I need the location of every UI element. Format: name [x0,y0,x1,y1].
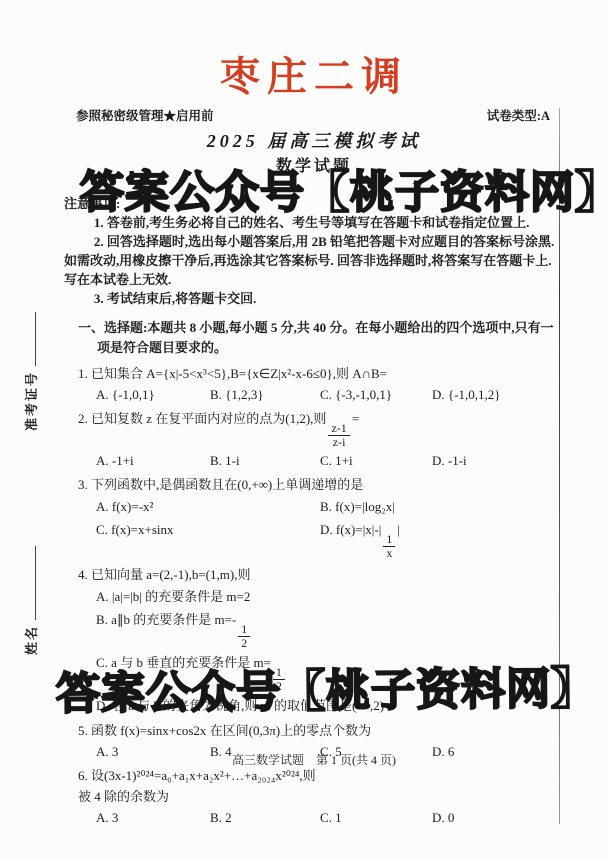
option-c: C. {-3,-1,0,1} [320,385,432,404]
header-row: 参照秘密级管理★启用前 试卷类型:A [76,108,550,124]
option-a: A. -1+i [96,451,210,470]
exam-session-title: 2025 届高三模拟考试 [64,130,564,152]
paper-type-label: 试卷类型:A [487,108,550,124]
question-3: 3. 下列函数中,是偶函数且在(0,+∞)上单调递增的是 A. f(x)=-x²… [78,475,564,560]
question-2-stem: 2. 已知复数 z 在复平面内对应的点为(1,2),则z-1z-i= [78,409,564,449]
section-one-heading: 一、选择题:本题共 8 小题,每小题 5 分,共 40 分。在每小题给出的四个选… [78,318,564,358]
page-footer: 高三数学试题 第 1 页(共 4 页) [64,753,564,768]
admission-number-label: 准考证号 [24,371,39,431]
exam-paper-page: 准考证号 姓名 答案公众号【桃子资料网】 答案公众号【桃子资料网】 枣庄二调 参… [0,0,607,860]
name-blank-line [24,546,36,620]
option-b: B. 1-i [210,451,320,470]
option-c: C. 1+i [320,451,432,470]
question-3-stem: 3. 下列函数中,是偶函数且在(0,+∞)上单调递增的是 [78,475,564,494]
question-1-stem: 1. 已知集合 A={x|-5<x³<5},B={x∈Z|x²-x-6≤0},则… [78,364,564,383]
question-4-stem: 4. 已知向量 a=(2,-1),b=(1,m),则 [78,565,564,584]
notice-item-3: 3. 考试结束后,将答题卡交回. [64,289,564,308]
question-6: 6. 设(3x-1)²⁰²⁴=a₀+a₁x+a₂x²+…+a₂₀₂₄x²⁰²⁴,… [78,766,564,827]
question-1-options: A. {-1,0,1} B. {1,2,3} C. {-3,-1,0,1} D.… [96,385,564,404]
question-2-stem-text: 2. 已知复数 z 在复平面内对应的点为(1,2),则 [78,411,326,426]
option-a: A. {-1,0,1} [96,385,210,404]
name-field: 姓名 [21,546,40,655]
option-d: D. f(x)=|x|-|1x| [320,519,564,560]
name-label: 姓名 [24,625,39,655]
admission-number-field: 准考证号 [21,312,40,431]
option-d: D. {-1,0,1,2} [432,385,564,404]
exam-badge-title: 枣庄二调 [64,54,564,100]
question-3-options-row-2: C. f(x)=x+sinx D. f(x)=|x|-|1x| [96,519,564,560]
option-d: D. -1-i [432,451,564,470]
watermark-top: 答案公众号【桃子资料网】 [80,156,607,220]
question-1: 1. 已知集合 A={x|-5<x³<5},B={x∈Z|x²-x-6≤0},则… [78,364,564,404]
question-6-stem: 6. 设(3x-1)²⁰²⁴=a₀+a₁x+a₂x²+…+a₂₀₂₄x²⁰²⁴,… [78,766,564,785]
watermark-bottom: 答案公众号【桃子资料网】 [56,652,597,722]
question-5-stem: 5. 函数 f(x)=sinx+cos2x 在区间(0,3π)上的零点个数为 [78,721,564,740]
question-2-options: A. -1+i B. 1-i C. 1+i D. -1-i [96,451,564,470]
option-b: B. {1,2,3} [210,385,320,404]
notice-item-2: 2. 回答选择题时,选出每小题答案后,用 2B 铅笔把答题卡对应题目的答案标号涂… [64,232,564,289]
option-a: A. f(x)=-x² [96,496,320,518]
fraction: 12 [238,623,250,650]
option-d: D. 0 [432,808,564,827]
fraction: z-1z-i [328,422,349,449]
question-6-stem-line-2: 被 4 除的余数为 [78,787,564,806]
admission-number-blank-line [24,312,36,366]
question-6-options: A. 3 B. 2 C. 1 D. 0 [96,808,564,827]
option-a: A. |a|=|b| 的充要条件是 m=2 [96,586,564,607]
option-b: B. 2 [210,808,320,827]
question-2-stem-equals: = [352,411,359,426]
question-3-options-row-1: A. f(x)=-x² B. f(x)=|log₂x| [96,496,564,518]
option-b: B. a∥b 的充要条件是 m=-12 [96,609,564,650]
option-a: A. 3 [96,808,210,827]
option-c: C. 1 [320,808,432,827]
option-b: B. f(x)=|log₂x| [320,496,564,518]
security-classification-label: 参照秘密级管理★启用前 [76,108,214,124]
fraction: 1x [383,533,395,560]
option-c: C. f(x)=x+sinx [96,519,320,560]
question-2: 2. 已知复数 z 在复平面内对应的点为(1,2),则z-1z-i= A. -1… [78,409,564,470]
